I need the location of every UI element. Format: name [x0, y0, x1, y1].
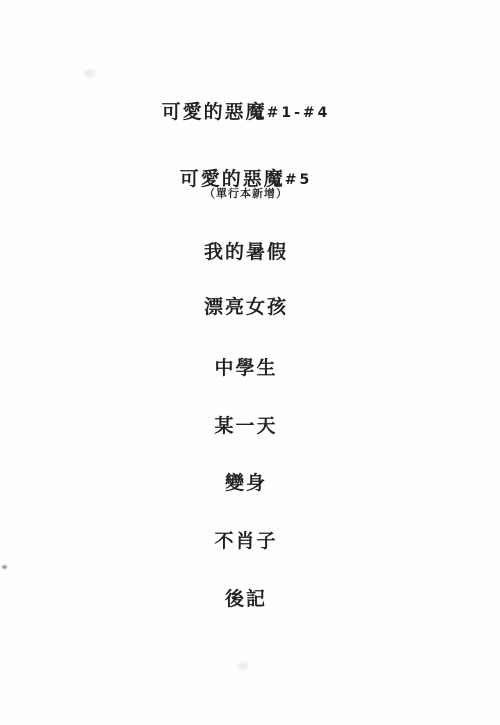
- toc-entry-afterword: 後記: [0, 589, 496, 609]
- toc-entry-suffix: #1-#4: [267, 105, 331, 121]
- toc-entry-unworthy-son: 不肖子: [0, 531, 496, 551]
- toc-page: 可愛的惡魔#1-#4 可愛的惡魔#5 （單行本新增） 我的暑假 漂亮女孩 中學生…: [0, 0, 500, 725]
- toc-entry-pretty-girl: 漂亮女孩: [0, 297, 496, 317]
- toc-entry-title: 我的暑假: [204, 241, 288, 263]
- toc-entry-note-tankobon-new: （單行本新增）: [0, 188, 496, 200]
- toc-entry-title: 可愛的惡魔: [162, 101, 267, 123]
- toc-entry-suffix: #5: [285, 172, 312, 188]
- toc-entry-transformation: 變身: [0, 473, 496, 493]
- toc-entry-title: 中學生: [214, 357, 277, 379]
- toc-entry-cute-devil-1-4: 可愛的惡魔#1-#4: [0, 102, 496, 123]
- toc-entry-title: 漂亮女孩: [204, 296, 288, 318]
- scan-speck: [2, 565, 7, 569]
- toc-entry-middle-schooler: 中學生: [0, 358, 496, 378]
- toc-entry-title: 某一天: [214, 415, 277, 437]
- toc-entry-title: 不肖子: [214, 530, 277, 552]
- scan-speck: [238, 662, 248, 670]
- toc-entry-title: 變身: [225, 472, 267, 494]
- toc-entry-title: 後記: [225, 588, 267, 610]
- scan-speck: [84, 69, 95, 78]
- toc-entry-my-summer-vacation: 我的暑假: [0, 242, 496, 262]
- toc-entry-one-day: 某一天: [0, 416, 496, 436]
